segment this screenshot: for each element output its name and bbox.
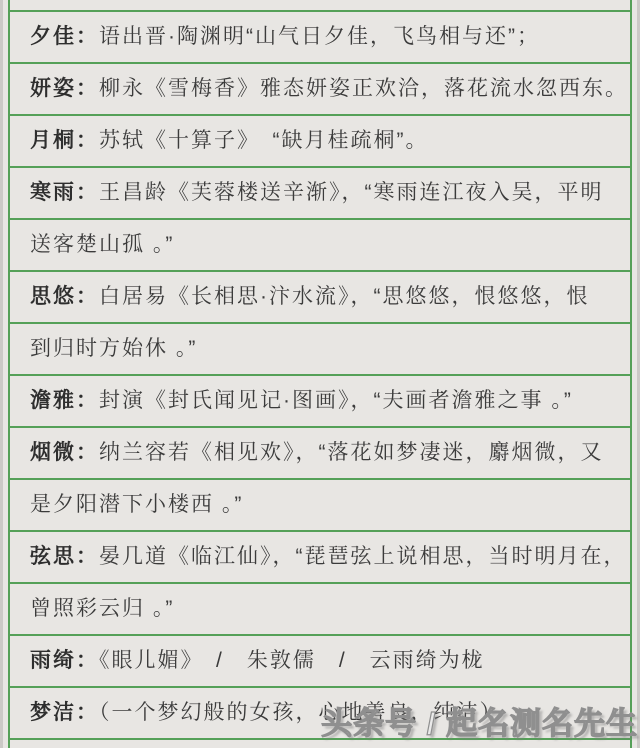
entry-name: 夕佳： (30, 25, 99, 48)
entry-name: 雨绮： (30, 649, 99, 672)
entry-text: 曾照彩云归 。” (30, 597, 174, 620)
entry-line: 夕佳：语出晋·陶渊明“山气日夕佳，飞鸟相与还”； (10, 10, 630, 62)
entry-line: 澹雅：封演《封氏闻见记·图画》，“夫画者澹雅之事 。” (10, 374, 630, 426)
entry-line: 弦思：晏几道《临江仙》，“琵琶弦上说相思，当时明月在， (10, 530, 630, 582)
table-border-right (630, 0, 632, 748)
entry-text: 王昌龄《芙蓉楼送辛渐》，“寒雨连江夜入吴，平明 (99, 181, 604, 204)
entry-text: 《眼儿媚》 / 朱敦儒 / 云雨绮为栊 (99, 649, 485, 672)
name-list-table: 夕佳：语出晋·陶渊明“山气日夕佳，飞鸟相与还”； 妍姿：柳永《雪梅香》雅态妍姿正… (10, 10, 630, 740)
entry-name: 弦思： (30, 545, 99, 568)
name-meanings-article-image: 夕佳：语出晋·陶渊明“山气日夕佳，飞鸟相与还”； 妍姿：柳永《雪梅香》雅态妍姿正… (0, 0, 640, 748)
left-edge-shade (0, 0, 3, 748)
entry-text: 是夕阳潜下小楼西 。” (30, 493, 243, 516)
entry-text: 语出晋·陶渊明“山气日夕佳，飞鸟相与还”； (99, 25, 540, 48)
entry-line: 寒雨：王昌龄《芙蓉楼送辛渐》，“寒雨连江夜入吴，平明 (10, 166, 630, 218)
entry-text: 柳永《雪梅香》雅态妍姿正欢洽，落花流水忽西东。 (99, 77, 628, 100)
entry-text: 苏轼《十算子》 “缺月桂疏桐”。 (99, 129, 429, 152)
entry-continuation-line: 送客楚山孤 。” (10, 218, 630, 270)
entry-name: 思悠： (30, 285, 99, 308)
entry-line: 雨绮：《眼儿媚》 / 朱敦儒 / 云雨绮为栊 (10, 634, 630, 686)
entry-name: 寒雨： (30, 181, 99, 204)
entry-line: 思悠：白居易《长相思·汴水流》，“思悠悠，恨悠悠，恨 (10, 270, 630, 322)
entry-name: 月桐： (30, 129, 99, 152)
entry-text: 封演《封氏闻见记·图画》，“夫画者澹雅之事 。” (99, 389, 573, 412)
entry-name: 烟微： (30, 441, 99, 464)
entry-text: 送客楚山孤 。” (30, 233, 174, 256)
entry-name: 梦洁： (30, 701, 99, 724)
entry-line: 妍姿：柳永《雪梅香》雅态妍姿正欢洽，落花流水忽西东。 (10, 62, 630, 114)
entry-text: 白居易《长相思·汴水流》，“思悠悠，恨悠悠，恨 (99, 285, 590, 308)
entry-text: 到归时方始休 。” (30, 337, 197, 360)
entry-name: 澹雅： (30, 389, 99, 412)
entry-line: 月桐：苏轼《十算子》 “缺月桂疏桐”。 (10, 114, 630, 166)
watermark: 头条号 / 起名测名先生 (321, 698, 638, 743)
entry-continuation-line: 到归时方始休 。” (10, 322, 630, 374)
entry-continuation-line: 是夕阳潜下小楼西 。” (10, 478, 630, 530)
entry-name: 妍姿： (30, 77, 99, 100)
entry-text: 纳兰容若《相见欢》，“落花如梦凄迷，麝烟微，又 (99, 441, 604, 464)
entry-continuation-line: 曾照彩云归 。” (10, 582, 630, 634)
entry-line: 烟微：纳兰容若《相见欢》，“落花如梦凄迷，麝烟微，又 (10, 426, 630, 478)
entry-text: 晏几道《临江仙》，“琵琶弦上说相思，当时明月在， (99, 545, 627, 568)
